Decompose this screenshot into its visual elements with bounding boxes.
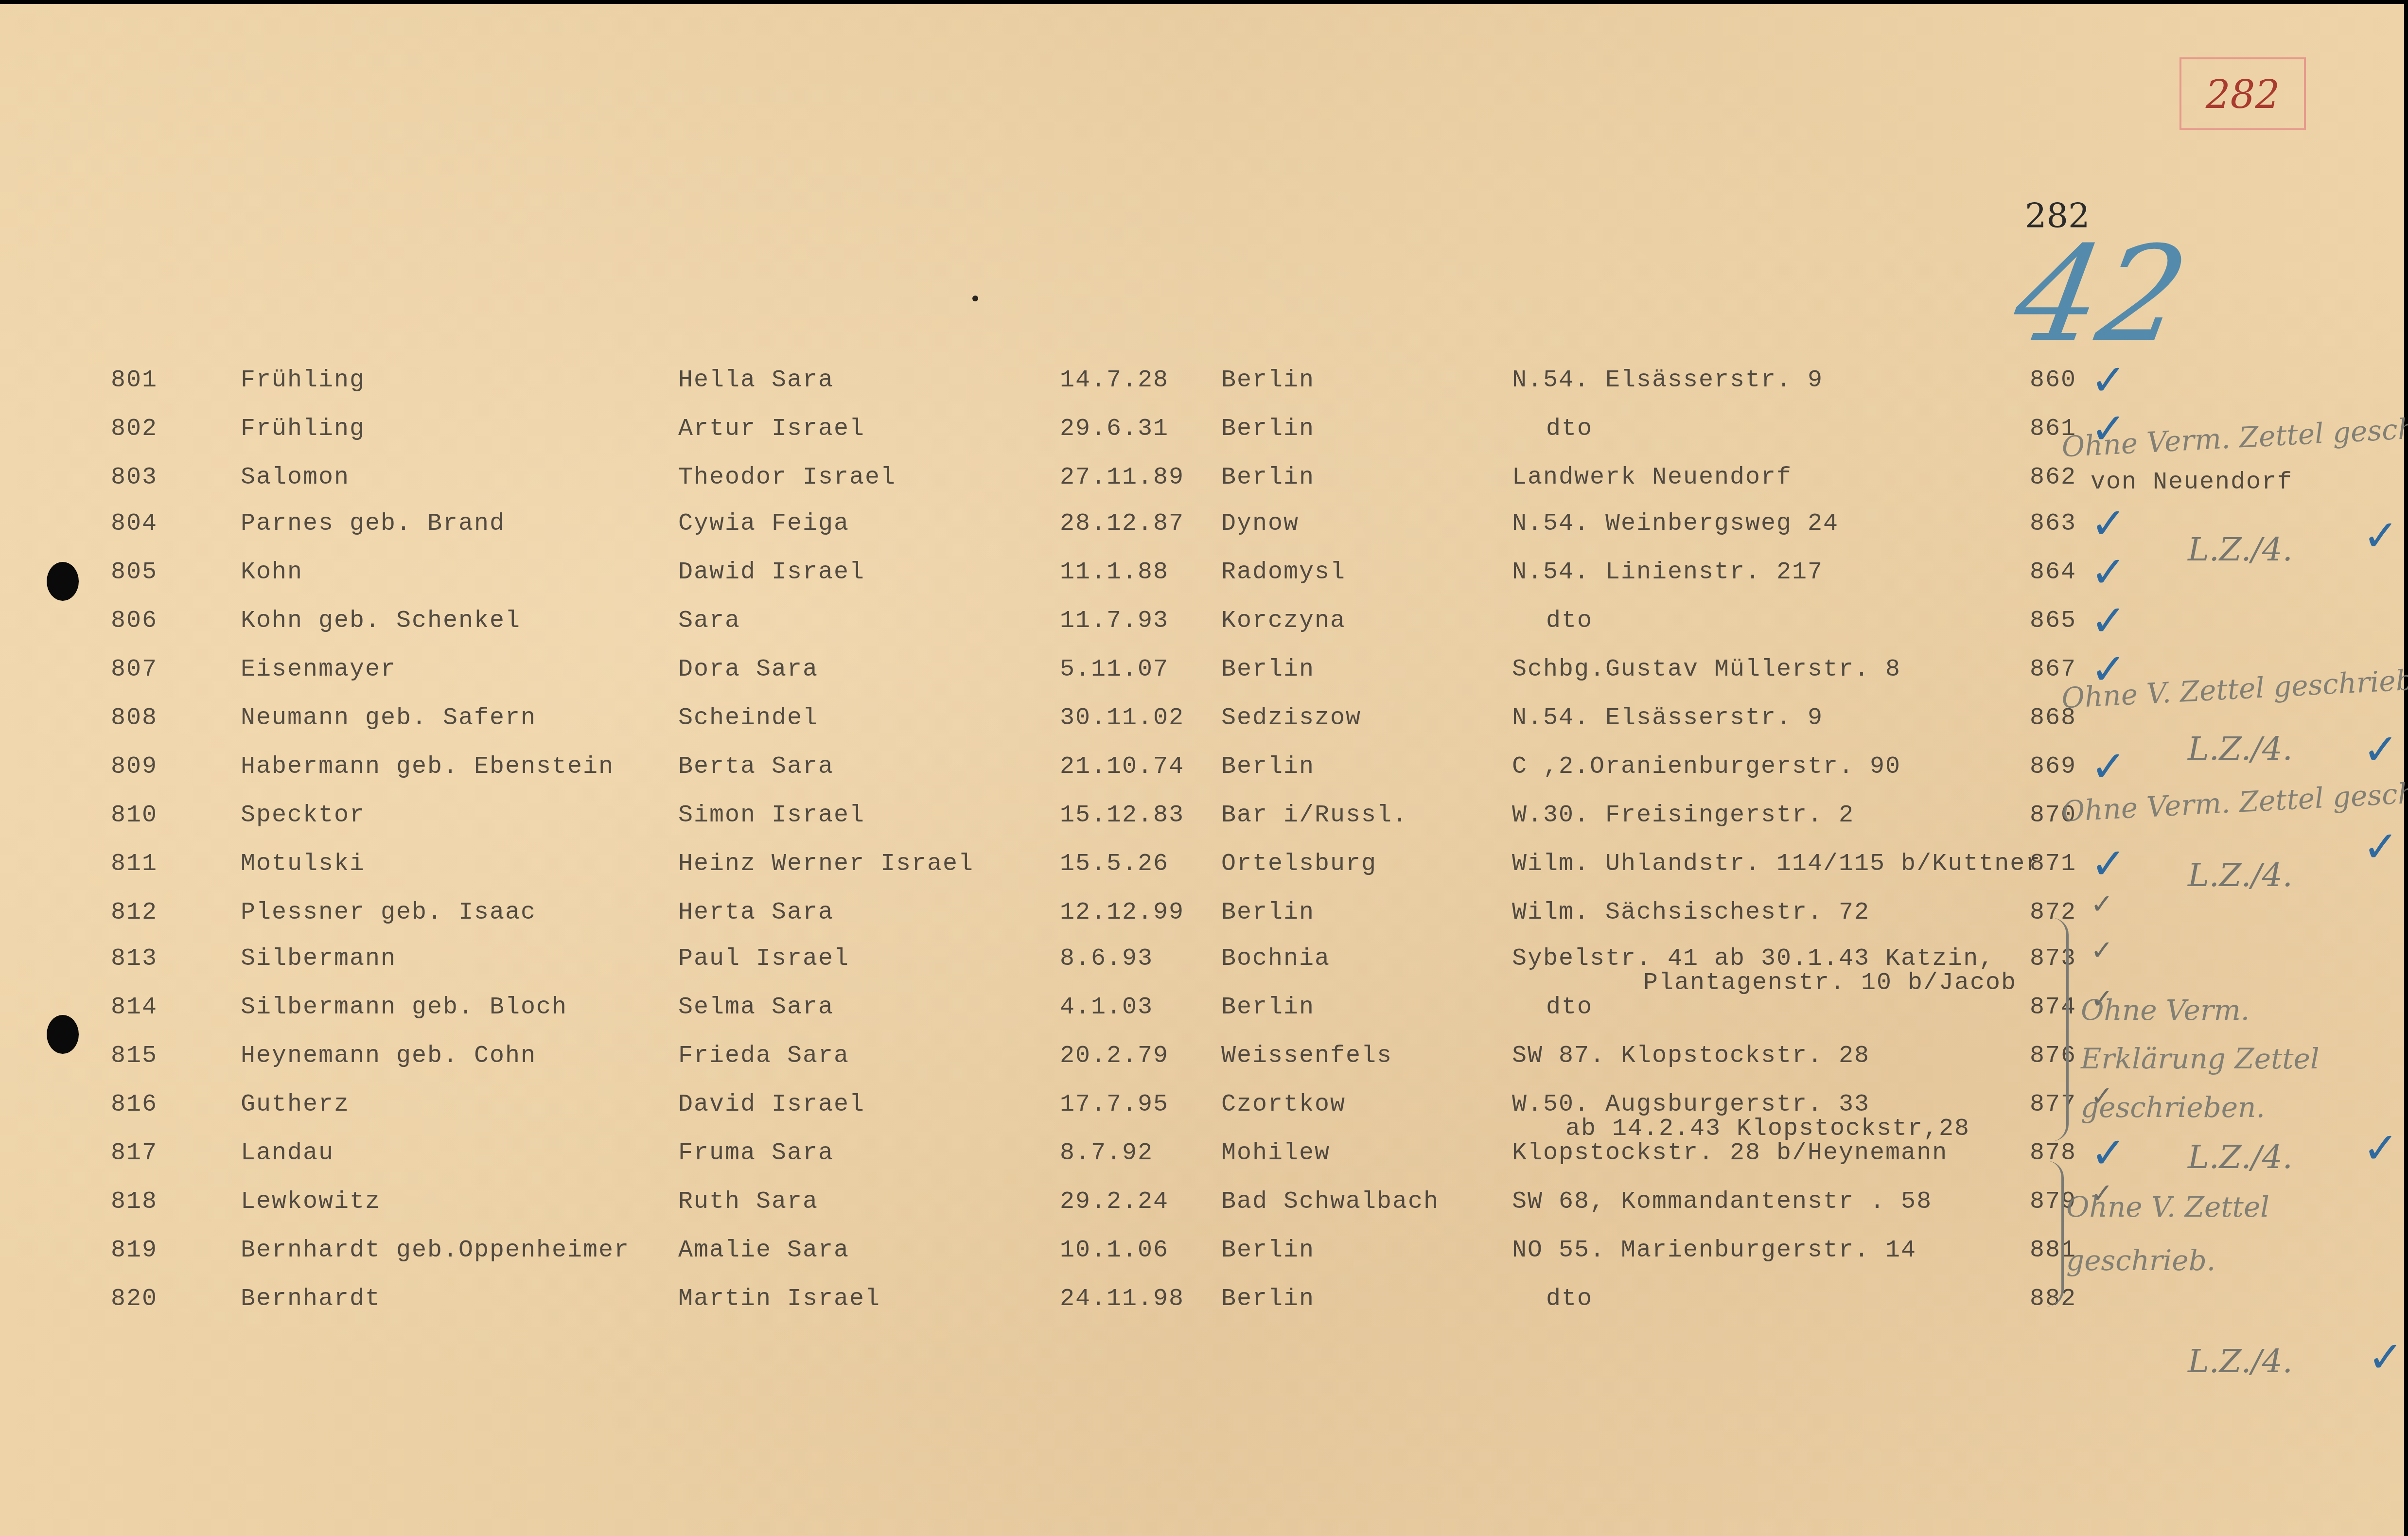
birthplace: Berlin: [1221, 995, 1315, 1020]
birthplace: Czortkow: [1221, 1093, 1346, 1117]
birth-date: 14.7.28: [1060, 368, 1169, 393]
birth-date: 20.2.79: [1060, 1044, 1169, 1068]
given-name: Dora Sara: [678, 658, 818, 682]
given-name: Simon Israel: [678, 803, 865, 828]
address: NO 55. Marienburgerstr. 14: [1512, 1239, 1916, 1263]
list-number: 860: [2030, 368, 2076, 393]
surname: Eisenmayer: [241, 658, 396, 682]
note-873-877: Ohne Verm. Erklärung Zettel geschrieben.: [2081, 986, 2382, 1132]
check-mark-icon: ✓: [2091, 745, 2127, 788]
surname: Silbermann: [241, 947, 396, 971]
entry-number: 812: [111, 901, 158, 925]
birth-date: 27.11.89: [1060, 466, 1184, 490]
given-name: Artur Israel: [678, 417, 865, 441]
birthplace: Berlin: [1221, 368, 1315, 393]
birth-date: 10.1.06: [1060, 1239, 1169, 1263]
check-mark-icon: ✓: [2091, 937, 2113, 964]
birth-date: 21.10.74: [1060, 755, 1184, 779]
given-name: Hella Sara: [678, 368, 834, 393]
address: N.54. Elsässerstr. 9: [1512, 368, 1823, 393]
birthplace: Weissenfels: [1221, 1044, 1392, 1068]
mark-lz-3: L.Z./4.: [2188, 859, 2293, 891]
birthplace: Berlin: [1221, 1287, 1315, 1311]
list-number: 869: [2030, 755, 2076, 779]
birthplace: Berlin: [1221, 658, 1315, 682]
mark-lz-2: L.Z./4.: [2188, 733, 2293, 765]
birth-date: 11.1.88: [1060, 560, 1169, 585]
check-mark-icon: ✓: [2091, 359, 2127, 401]
given-name: David Israel: [678, 1093, 865, 1117]
entry-number: 815: [111, 1044, 158, 1068]
birth-date: 28.12.87: [1060, 512, 1184, 536]
birthplace: Bochnia: [1221, 947, 1330, 971]
address: N.54. Weinbergsweg 24: [1512, 512, 1839, 536]
birth-date: 4.1.03: [1060, 995, 1153, 1020]
check-mark-icon: ✓: [2091, 502, 2127, 545]
address: Schbg.Gustav Müllerstr. 8: [1512, 658, 1901, 682]
surname: Plessner geb. Isaac: [241, 901, 536, 925]
birthplace: Ortelsburg: [1221, 852, 1377, 876]
mark-lz-5: L.Z./4.: [2188, 1345, 2293, 1378]
check-mark-icon: ✓: [2091, 891, 2113, 918]
entry-number: 801: [111, 368, 158, 393]
given-name: Martin Israel: [678, 1287, 880, 1311]
given-name: Sara: [678, 609, 740, 633]
surname: Kohn: [241, 560, 303, 585]
birth-date: 8.6.93: [1060, 947, 1153, 971]
address: Landwerk Neuendorf: [1512, 466, 1792, 490]
address: dto: [1546, 417, 1593, 441]
address: Sybelstr. 41 ab 30.1.43 Katzin,: [1512, 947, 1994, 971]
address-continuation: ab 14.2.43 Klopstockstr,28: [1565, 1117, 1970, 1141]
surname: Lewkowitz: [241, 1190, 381, 1214]
mark-lz-1: L.Z./4.: [2188, 534, 2293, 566]
surname: Salomon: [241, 466, 350, 490]
entry-number: 804: [111, 512, 158, 536]
archival-document-page: 282 282 42 801FrühlingHella Sara14.7.28B…: [0, 4, 2404, 1536]
given-name: Paul Israel: [678, 947, 849, 971]
surname: Silbermann geb. Bloch: [241, 995, 567, 1020]
entry-number: 805: [111, 560, 158, 585]
surname: Heynemann geb. Cohn: [241, 1044, 536, 1068]
right-check-icon: ✓: [2363, 514, 2399, 557]
given-name: Ruth Sara: [678, 1190, 818, 1214]
birth-date: 15.5.26: [1060, 852, 1169, 876]
surname: Motulski: [241, 852, 365, 876]
address: SW 68, Kommandantenstr . 58: [1512, 1190, 1932, 1214]
address: C ,2.Oranienburgerstr. 90: [1512, 755, 1901, 779]
address: W.30. Freisingerstr. 2: [1512, 803, 1854, 828]
right-check-icon: ✓: [2363, 728, 2399, 771]
entry-number: 817: [111, 1141, 158, 1166]
given-name: Frieda Sara: [678, 1044, 849, 1068]
birth-date: 15.12.83: [1060, 803, 1184, 828]
right-check-icon: ✓: [2368, 1336, 2404, 1379]
entry-number: 818: [111, 1190, 158, 1214]
surname: Bernhardt geb.Oppenheimer: [241, 1239, 630, 1263]
address: N.54. Elsässerstr. 9: [1512, 706, 1823, 731]
address: Wilm. Uhlandstr. 114/115 b/Kuttner: [1512, 852, 2041, 876]
punch-hole-upper: [47, 562, 79, 601]
birth-date: 11.7.93: [1060, 609, 1169, 633]
birth-date: 12.12.99: [1060, 901, 1184, 925]
birthplace: Berlin: [1221, 466, 1315, 490]
list-number: 864: [2030, 560, 2076, 585]
birthplace: Dynow: [1221, 512, 1299, 536]
birthplace: Berlin: [1221, 1239, 1315, 1263]
right-check-icon: ✓: [2363, 825, 2399, 868]
pencil-brace: [2047, 1161, 2064, 1307]
entry-number: 813: [111, 947, 158, 971]
address: N.54. Linienstr. 217: [1512, 560, 1823, 585]
given-name: Theodor Israel: [678, 466, 896, 490]
list-number: 871: [2030, 852, 2076, 876]
check-mark-icon: ✓: [2091, 551, 2127, 593]
entry-number: 808: [111, 706, 158, 731]
blue-handwritten-number: 42: [2004, 218, 2198, 371]
given-name: Selma Sara: [678, 995, 834, 1020]
entry-number: 802: [111, 417, 158, 441]
check-mark-icon: ✓: [2091, 599, 2127, 642]
surname: Specktor: [241, 803, 365, 828]
mark-lz-4: L.Z./4.: [2188, 1141, 2293, 1173]
list-number: 862: [2030, 466, 2076, 490]
surname: Bernhardt: [241, 1287, 381, 1311]
entry-number: 816: [111, 1093, 158, 1117]
right-check-icon: ✓: [2363, 1127, 2399, 1169]
address: dto: [1546, 995, 1593, 1020]
note-879-882: Ohne V. Zettel geschrieb.: [2066, 1180, 2382, 1287]
address: dto: [1546, 609, 1593, 633]
given-name: Berta Sara: [678, 755, 834, 779]
ink-dot: [972, 296, 978, 301]
address: Wilm. Sächsischestr. 72: [1512, 901, 1870, 925]
surname: Frühling: [241, 368, 365, 393]
birthplace: Bar i/Russl.: [1221, 803, 1408, 828]
typed-note: von Neuendorf: [2091, 471, 2293, 495]
given-name: Heinz Werner Israel: [678, 852, 974, 876]
list-number: 863: [2030, 512, 2076, 536]
list-number: 865: [2030, 609, 2076, 633]
list-number: 867: [2030, 658, 2076, 682]
surname: Neumann geb. Safern: [241, 706, 536, 731]
entry-number: 806: [111, 609, 158, 633]
address: dto: [1546, 1287, 1593, 1311]
entry-number: 809: [111, 755, 158, 779]
address: SW 87. Klopstockstr. 28: [1512, 1044, 1870, 1068]
birthplace: Bad Schwalbach: [1221, 1190, 1439, 1214]
given-name: Amalie Sara: [678, 1239, 849, 1263]
birthplace: Berlin: [1221, 901, 1315, 925]
address: Klopstockstr. 28 b/Heynemann: [1512, 1141, 1948, 1166]
entry-number: 819: [111, 1239, 158, 1263]
entry-number: 807: [111, 658, 158, 682]
birthplace: Sedziszow: [1221, 706, 1361, 731]
birth-date: 29.6.31: [1060, 417, 1169, 441]
given-name: Fruma Sara: [678, 1141, 834, 1166]
birth-date: 8.7.92: [1060, 1141, 1153, 1166]
pencil-brace: [2052, 918, 2069, 1141]
given-name: Dawid Israel: [678, 560, 865, 585]
birth-date: 30.11.02: [1060, 706, 1184, 731]
surname: Habermann geb. Ebenstein: [241, 755, 614, 779]
birth-date: 24.11.98: [1060, 1287, 1184, 1311]
surname: Frühling: [241, 417, 365, 441]
check-mark-icon: ✓: [2091, 842, 2127, 885]
birth-date: 5.11.07: [1060, 658, 1169, 682]
archive-page-stamp: 282: [2180, 57, 2306, 130]
given-name: Cywia Feiga: [678, 512, 849, 536]
check-mark-icon: ✓: [2091, 1132, 2127, 1174]
address-continuation: Plantagenstr. 10 b/Jacob: [1643, 971, 2017, 995]
entry-number: 803: [111, 466, 158, 490]
entry-number: 810: [111, 803, 158, 828]
given-name: Herta Sara: [678, 901, 834, 925]
surname: Parnes geb. Brand: [241, 512, 505, 536]
surname: Gutherz: [241, 1093, 350, 1117]
birthplace: Korczyna: [1221, 609, 1346, 633]
given-name: Scheindel: [678, 706, 818, 731]
entry-number: 811: [111, 852, 158, 876]
birthplace: Berlin: [1221, 417, 1315, 441]
birthplace: Berlin: [1221, 755, 1315, 779]
birth-date: 29.2.24: [1060, 1190, 1169, 1214]
surname: Landau: [241, 1141, 334, 1166]
punch-hole-lower: [47, 1015, 79, 1054]
birthplace: Radomysl: [1221, 560, 1346, 585]
entry-number: 820: [111, 1287, 158, 1311]
stamp-number: 282: [2181, 72, 2304, 117]
surname: Kohn geb. Schenkel: [241, 609, 521, 633]
entry-number: 814: [111, 995, 158, 1020]
address: W.50. Augsburgerstr. 33: [1512, 1093, 1870, 1117]
birth-date: 17.7.95: [1060, 1093, 1169, 1117]
birthplace: Mohilew: [1221, 1141, 1330, 1166]
